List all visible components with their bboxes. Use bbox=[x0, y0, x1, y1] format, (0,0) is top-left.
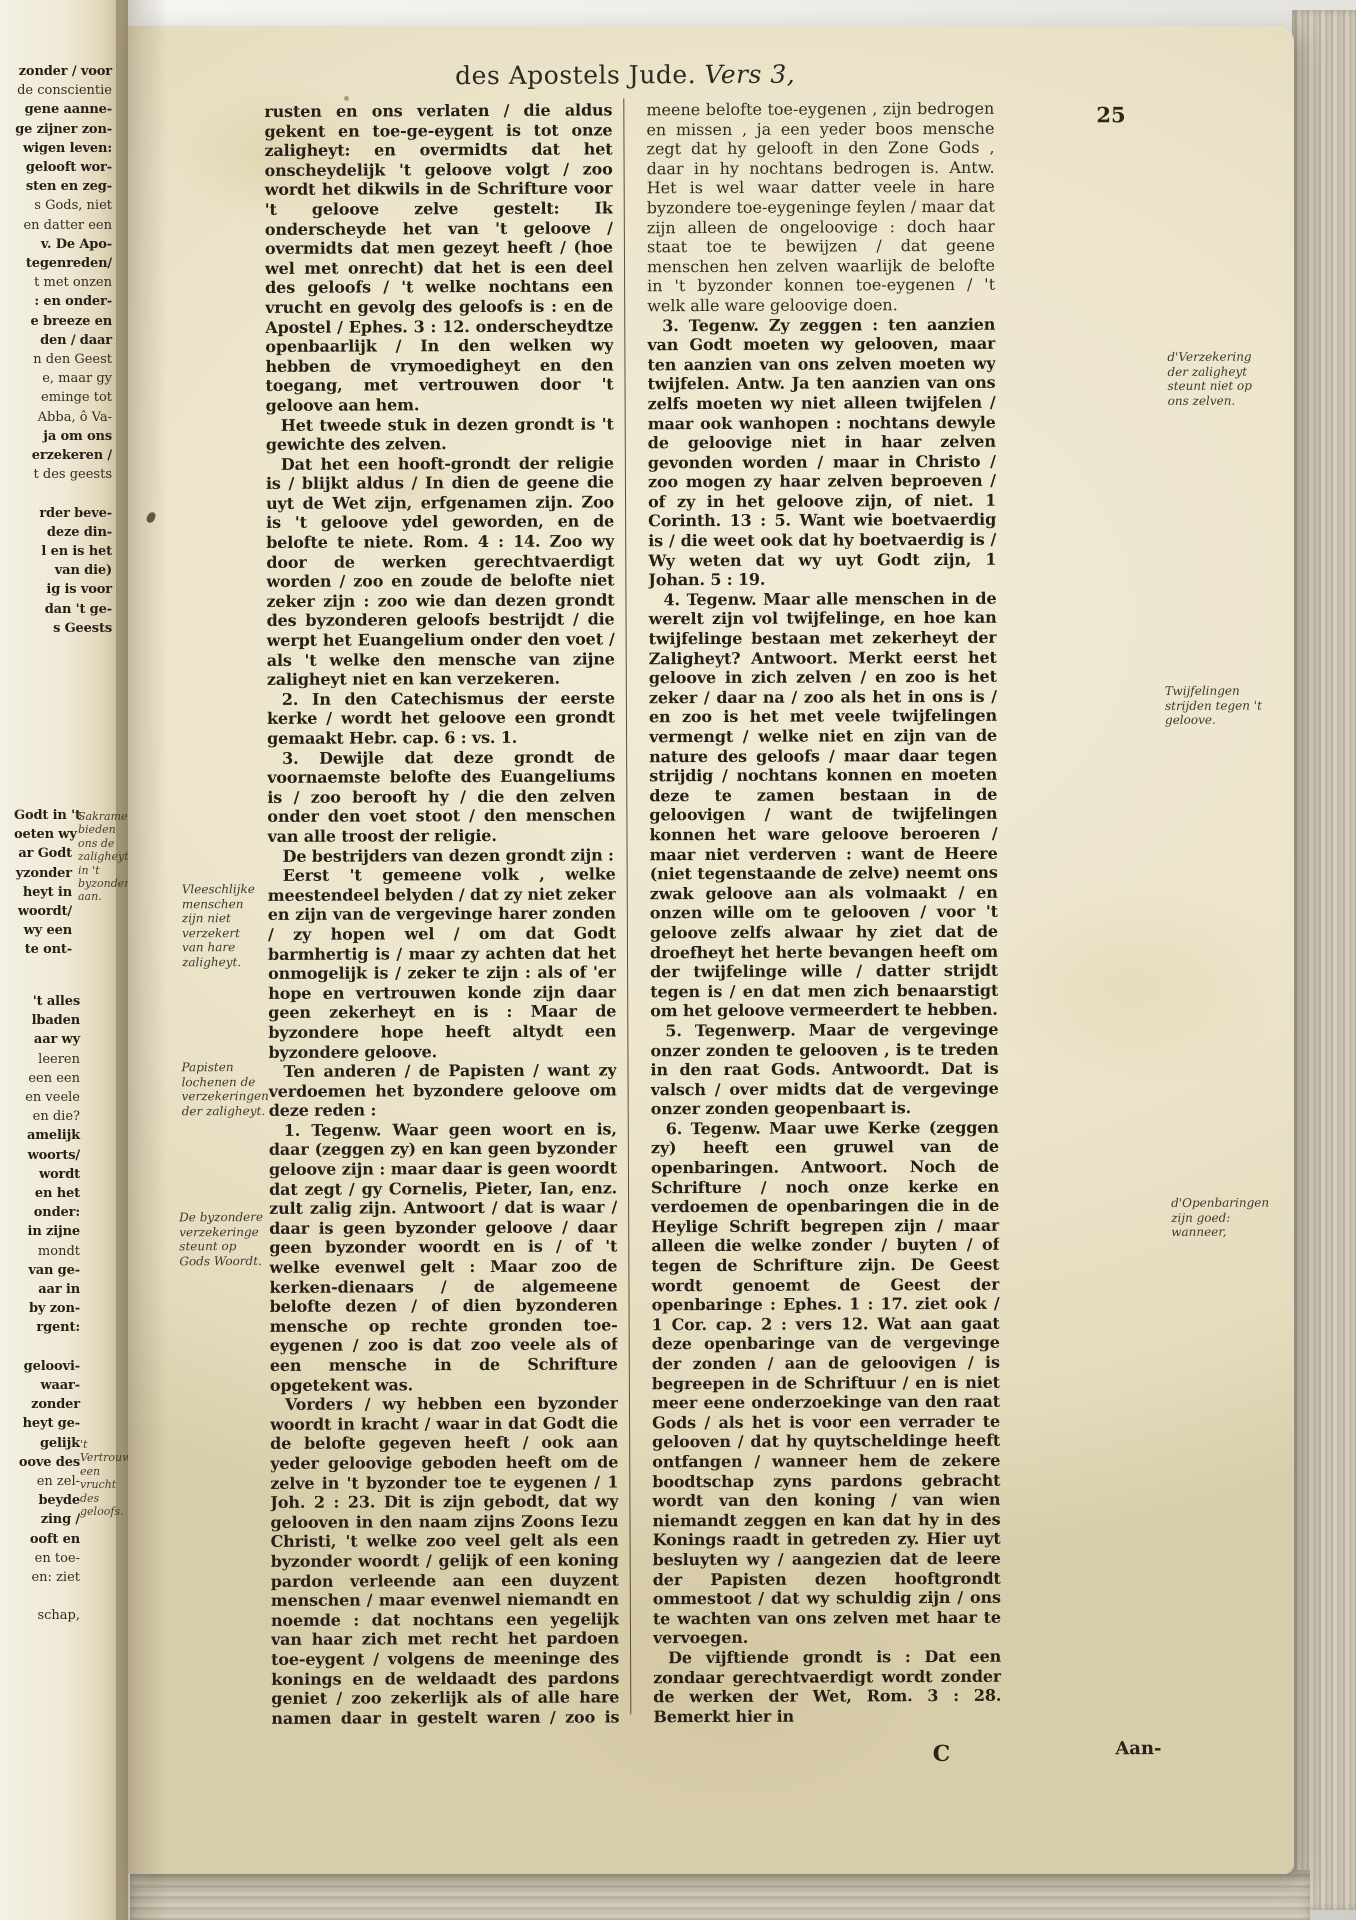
text-fragment: amelijk bbox=[14, 1126, 80, 1145]
paragraph: rusten en ons verlaten / die aldus geken… bbox=[264, 100, 613, 415]
text-fragment: erzekeren / bbox=[14, 446, 112, 465]
text-fragment: gelijk bbox=[14, 1434, 80, 1453]
text-fragment: in zijne bbox=[14, 1222, 80, 1241]
text-fragment: sten en zeg- bbox=[14, 177, 112, 196]
paragraph: meene belofte toe-eygenen , zijn bedroge… bbox=[646, 99, 995, 316]
paragraph: Ten anderen / de Papisten / want zy verd… bbox=[268, 1061, 616, 1121]
text-fragment: n den Geest bbox=[14, 350, 112, 369]
text-fragment: woordt/ bbox=[14, 902, 72, 921]
ink-speck bbox=[344, 96, 349, 101]
text-fragment: : en onder- bbox=[14, 292, 112, 311]
previous-page-text-fragments-top: zonder / voorde conscientiegene aanne-ge… bbox=[14, 62, 112, 638]
margin-note: Vleeschlijke menschen zijn niet verzeker… bbox=[182, 882, 264, 970]
text-fragment bbox=[14, 1587, 80, 1606]
signature-mark: C bbox=[911, 1741, 971, 1767]
text-fragment: te ont- bbox=[14, 940, 72, 959]
text-fragment: e, maar gy bbox=[14, 369, 112, 388]
text-fragment: een een bbox=[14, 1069, 80, 1088]
text-fragment: dan 't ge- bbox=[14, 600, 112, 619]
text-fragment: s Gods, niet bbox=[14, 196, 112, 215]
text-fragment: ooft en bbox=[14, 1530, 80, 1549]
text-fragment: van ge- bbox=[14, 1261, 80, 1280]
text-fragment: wigen leven: bbox=[14, 139, 112, 158]
column-divider-rule bbox=[623, 98, 631, 1714]
text-fragment: den / daar bbox=[14, 331, 112, 350]
text-fragment bbox=[14, 1338, 80, 1357]
text-fragment: ig is voor bbox=[14, 580, 112, 599]
text-fragment: en het bbox=[14, 1184, 80, 1203]
previous-page-text-fragments-bottom: 't alleslbadenaar wyleereneen eenen veel… bbox=[14, 992, 80, 1626]
paragraph: Eerst 't gemeene volk , welke meestendee… bbox=[268, 865, 617, 1062]
running-title: des Apostels Jude. bbox=[455, 60, 696, 90]
text-fragment: heyt in bbox=[14, 883, 72, 902]
paragraph: 4. Tegenw. Maar alle menschen in de were… bbox=[648, 589, 998, 1022]
paragraph: De vijftiende grondt is : Dat een zondaa… bbox=[653, 1647, 1001, 1727]
text-fragment: de conscientie bbox=[14, 81, 112, 100]
text-fragment: s Geests bbox=[14, 619, 112, 638]
text-fragment: en toe- bbox=[14, 1549, 80, 1568]
text-fragment: Abba, ô Va- bbox=[14, 408, 112, 427]
text-fragment: l en is het bbox=[14, 542, 112, 561]
paragraph: 5. Tegenwerp. Maar de vergevinge onzer z… bbox=[650, 1020, 998, 1119]
paragraph: Dat het een hooft-grondt der religie is … bbox=[266, 453, 615, 690]
page-number: 25 bbox=[1096, 102, 1156, 127]
margin-note: Papisten lochenen de verzekeringen der z… bbox=[181, 1060, 267, 1119]
margin-notes-left: Vleeschlijke menschen zijn niet verzeker… bbox=[128, 26, 1290, 29]
text-fragment: en veele bbox=[14, 1088, 80, 1107]
margin-notes-right: d'Verzekering der zaligheyt steunt niet … bbox=[128, 26, 1290, 29]
fore-edge-page-stack bbox=[1292, 10, 1356, 1910]
text-fragment: van die) bbox=[14, 561, 112, 580]
text-fragment: zonder / voor bbox=[14, 62, 112, 81]
previous-page-text-fragments-mid: Godt in 'toeten wyar Godtyzonderheyt inw… bbox=[14, 806, 72, 960]
paragraph: 6. Tegenw. Maar uwe Kerke (zeggen zy) he… bbox=[651, 1118, 1001, 1649]
text-fragment: heyt ge- bbox=[14, 1414, 80, 1433]
text-fragment: eminge tot bbox=[14, 388, 112, 407]
text-fragment: by zon- bbox=[14, 1299, 80, 1318]
book-scan-photo: zonder / voorde conscientiegene aanne-ge… bbox=[0, 0, 1356, 1920]
paragraph: De bestrijders van dezen grondt zijn : bbox=[268, 845, 616, 866]
margin-note: De byzondere verzekeringe steunt op Gods… bbox=[179, 1210, 263, 1269]
text-fragment: v. De Apo- bbox=[14, 235, 112, 254]
text-fragment: en datter een bbox=[14, 216, 112, 235]
text-fragment: beyde bbox=[14, 1491, 80, 1510]
text-fragment: oeten wy bbox=[14, 825, 72, 844]
margin-note: Twijfelingen strijden tegen 't geloove. bbox=[1165, 684, 1269, 728]
text-fragment: woorts/ bbox=[14, 1146, 80, 1165]
previous-page-margin-note: Sakramenten bieden ons de zaligheyt in '… bbox=[78, 810, 126, 904]
paragraph: 3. Tegenw. Zy zeggen : ten aanzien van G… bbox=[647, 314, 996, 590]
text-fragment: rder beve- bbox=[14, 504, 112, 523]
text-fragment: wordt bbox=[14, 1165, 80, 1184]
text-fragment: zonder bbox=[14, 1395, 80, 1414]
catchword: Aan- bbox=[1071, 1738, 1161, 1759]
paragraph: Het tweede stuk in dezen grondt is 't ge… bbox=[266, 414, 614, 455]
text-fragment: rgent: bbox=[14, 1318, 80, 1337]
text-column-left: rusten en ons verlaten / die aldus geken… bbox=[264, 100, 619, 1730]
text-fragment: zing / bbox=[14, 1510, 80, 1529]
text-fragment: aar wy bbox=[14, 1030, 80, 1049]
text-fragment: e breeze en bbox=[14, 312, 112, 331]
paragraph: Vorders / wy hebben een byzonder woordt … bbox=[270, 1394, 619, 1730]
text-fragment: ja om ons bbox=[14, 427, 112, 446]
text-fragment: Godt in 't bbox=[14, 806, 72, 825]
text-fragment: deze din- bbox=[14, 523, 112, 542]
text-fragment: geloovi- bbox=[14, 1357, 80, 1376]
text-fragment: waar- bbox=[14, 1376, 80, 1395]
text-fragment: en zel- bbox=[14, 1472, 80, 1491]
text-fragment: wy een bbox=[14, 921, 72, 940]
text-fragment: en: ziet bbox=[14, 1568, 80, 1587]
text-fragment: schap, bbox=[14, 1606, 80, 1625]
paragraph: 2. In den Catechismus der eerste kerke /… bbox=[267, 688, 615, 748]
book-page: des Apostels Jude. Vers 3, 25 rusten en … bbox=[128, 26, 1294, 1874]
text-fragment: oove des bbox=[14, 1453, 80, 1472]
text-fragment: aar in bbox=[14, 1280, 80, 1299]
text-fragment: 't alles bbox=[14, 992, 80, 1011]
text-fragment: mondt bbox=[14, 1242, 80, 1261]
paragraph: Eerst de meeninge : bbox=[653, 1725, 1001, 1728]
margin-note: d'Verzekering der zaligheyt steunt niet … bbox=[1167, 350, 1263, 409]
text-fragment: ar Godt bbox=[14, 844, 72, 863]
page-content: des Apostels Jude. Vers 3, 25 rusten en … bbox=[128, 26, 1294, 1874]
text-fragment: t met onzen bbox=[14, 273, 112, 292]
text-fragment bbox=[14, 484, 112, 503]
text-fragment: gelooft wor- bbox=[14, 158, 112, 177]
margin-note: d'Openbaringen zijn goed: wanneer, bbox=[1171, 1196, 1267, 1240]
running-header: des Apostels Jude. Vers 3, bbox=[264, 59, 986, 91]
text-column-right: meene belofte toe-eygenen , zijn bedroge… bbox=[646, 99, 1001, 1729]
text-fragment: gene aanne- bbox=[14, 100, 112, 119]
paragraph: 1. Tegenw. Waar geen woort en is, daar (… bbox=[269, 1119, 618, 1395]
text-fragment: ge zijner zon- bbox=[14, 120, 112, 139]
paragraph: 3. Dewijle dat deze grondt de voornaemst… bbox=[267, 747, 615, 846]
text-fragment: lbaden bbox=[14, 1011, 80, 1030]
text-fragment: leeren bbox=[14, 1050, 80, 1069]
bottom-page-edges bbox=[130, 1870, 1310, 1920]
verse-reference: Vers 3, bbox=[705, 60, 796, 89]
text-fragment: t des geests bbox=[14, 465, 112, 484]
text-fragment: yzonder bbox=[14, 864, 72, 883]
text-fragment: onder: bbox=[14, 1203, 80, 1222]
previous-page-edge: zonder / voorde conscientiegene aanne-ge… bbox=[0, 0, 128, 1920]
previous-page-margin-note: 't Vertrouwen een vrucht des geloofs. bbox=[80, 1438, 126, 1518]
text-fragment: tegenreden/ bbox=[14, 254, 112, 273]
text-fragment: en die? bbox=[14, 1107, 80, 1126]
